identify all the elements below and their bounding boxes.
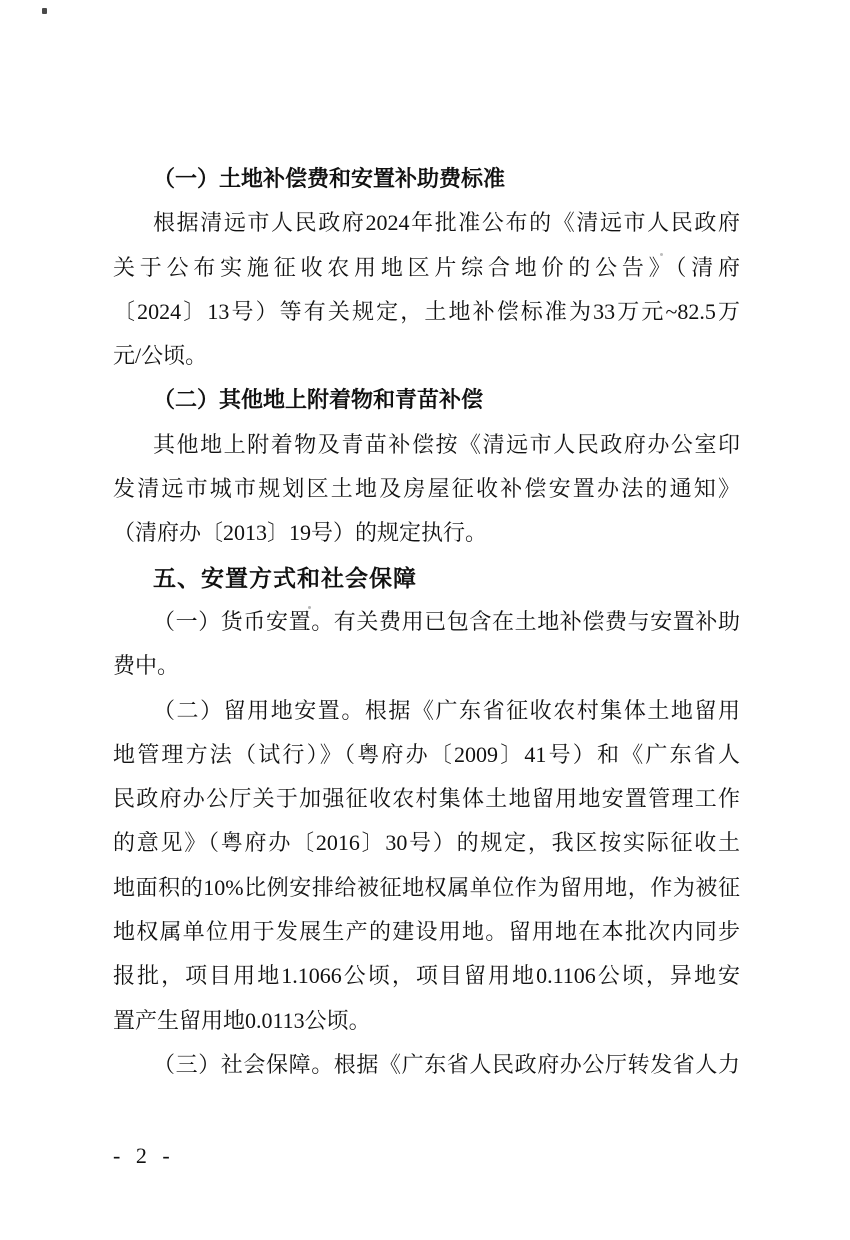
- doc-line: 费中。: [113, 644, 740, 688]
- subheading-land-compensation-standard: （一）土地补偿费和安置补助费标准: [113, 157, 740, 201]
- doc-line: 元/公顷。: [113, 334, 740, 378]
- doc-line: 民政府办公厅关于加强征收农村集体土地留用地安置管理工作: [113, 777, 740, 821]
- doc-line: 地权属单位用于发展生产的建设用地。留用地在本批次内同步: [113, 910, 740, 954]
- doc-line: 地管理方法（试行）》（粤府办〔2009〕41号）和《广东省人: [113, 733, 740, 777]
- doc-line: （三）社会保障。根据《广东省人民政府办公厅转发省人力: [113, 1043, 740, 1087]
- page-number: - 2 -: [113, 1143, 175, 1169]
- doc-line: （清府办〔2013〕19号）的规定执行。: [113, 511, 740, 555]
- doc-line: （二）留用地安置。根据《广东省征收农村集体土地留用: [113, 689, 740, 733]
- document-body: （一）土地补偿费和安置补助费标准 根据清远市人民政府2024年批准公布的《清远市…: [113, 157, 740, 1087]
- doc-line: 〔2024〕13号）等有关规定，土地补偿标准为33万元~82.5万: [113, 290, 740, 334]
- document-page: （一）土地补偿费和安置补助费标准 根据清远市人民政府2024年批准公布的《清远市…: [0, 0, 850, 1240]
- subheading-attachments-seedlings: （二）其他地上附着物和青苗补偿: [113, 378, 740, 422]
- doc-line: 其他地上附着物及青苗补偿按《清远市人民政府办公室印: [113, 423, 740, 467]
- doc-line: 置产生留用地0.0113公顷。: [113, 999, 740, 1043]
- doc-line: （一）货币安置。有关费用已包含在土地补偿费与安置补助: [113, 600, 740, 644]
- scan-artifact-speck: [42, 8, 47, 14]
- doc-line: 关于公布实施征收农用地区片综合地价的公告》（清府: [113, 246, 740, 290]
- section-heading-resettlement-social-security: 五、安置方式和社会保障: [113, 556, 740, 600]
- doc-line: 发清远市城市规划区土地及房屋征收补偿安置办法的通知》: [113, 467, 740, 511]
- doc-line: 地面积的10%比例安排给被征地权属单位作为留用地，作为被征: [113, 866, 740, 910]
- doc-line: 报批，项目用地1.1066公顷，项目留用地0.1106公顷，异地安: [113, 954, 740, 998]
- doc-line: 的意见》（粤府办〔2016〕30号）的规定，我区按实际征收土: [113, 821, 740, 865]
- doc-line: 根据清远市人民政府2024年批准公布的《清远市人民政府: [113, 201, 740, 245]
